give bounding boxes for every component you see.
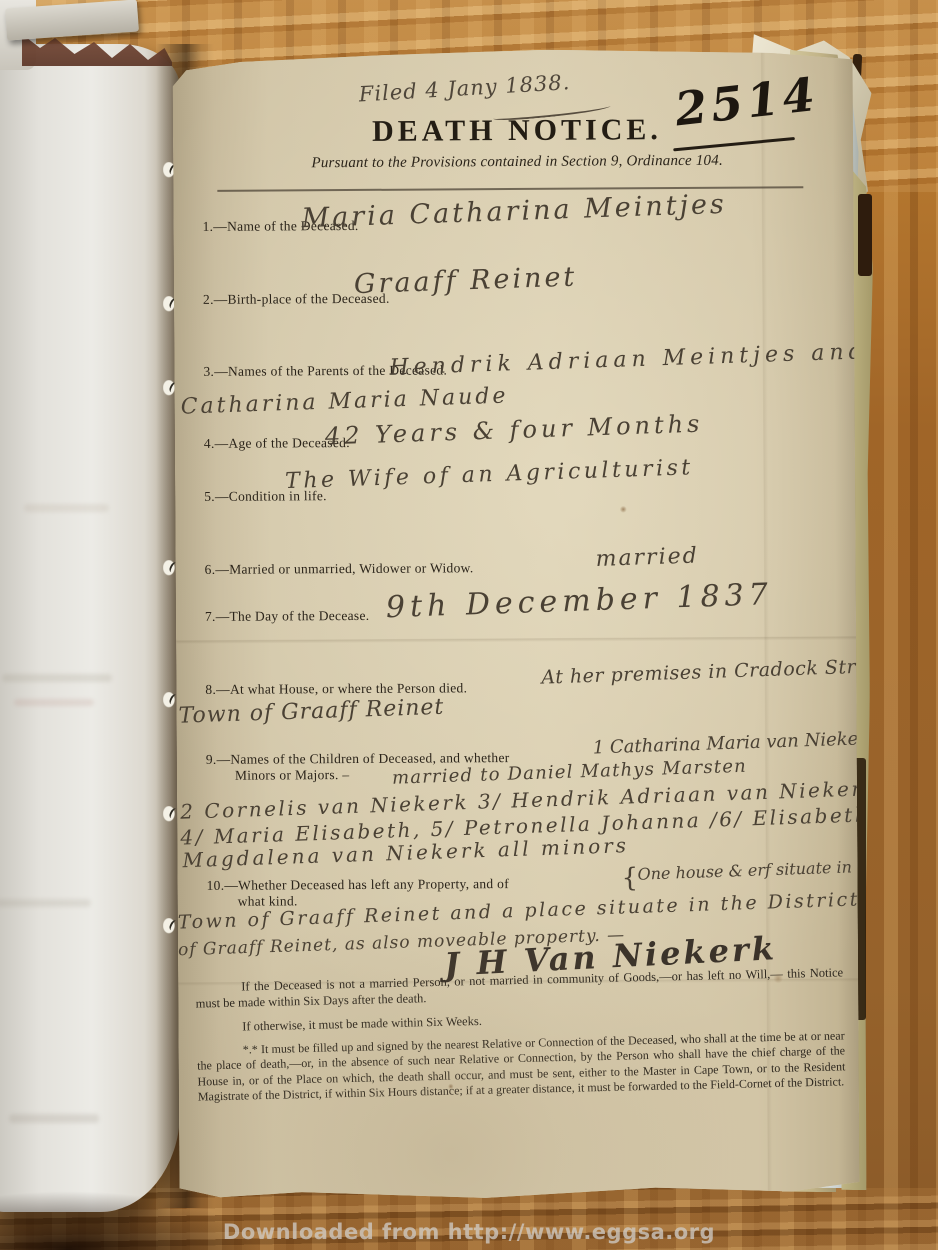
ghost-text-smudge (14, 699, 94, 706)
field-9-answer-line-1: 1 Catharina Maria van Niekerk (592, 728, 878, 759)
printed-footer: If the Deceased is not a married Person,… (195, 964, 846, 1105)
field-6-answer: married (595, 543, 699, 571)
book-left-page-block (0, 44, 180, 1212)
binding-stitch (163, 692, 176, 709)
asterism-mark: *.* (243, 1042, 258, 1056)
page-title: DEATH NOTICE. (197, 112, 837, 150)
field-10-answer-line-1: One house & erf situate in the (637, 856, 883, 883)
ghost-text-smudge (2, 674, 112, 682)
footer-paragraph-3: *.* It must be filled up and signed by t… (197, 1028, 846, 1105)
ghost-text-smudge (24, 504, 109, 512)
field-1-answer: Maria Catharina Meintjes (301, 189, 727, 234)
death-notice-page: Filed 4 Jany 1838. 2514 DEATH NOTICE. Pu… (172, 48, 859, 1202)
handwritten-brace: { (621, 863, 638, 893)
binding-dark-sliver (858, 194, 872, 276)
ghost-text-smudge (9, 1114, 99, 1123)
printed-header: DEATH NOTICE. Pursuant to the Provisions… (196, 48, 837, 192)
field-4-answer: 42 Years & four Months (324, 410, 703, 451)
field-2-answer: Graaff Reinet (353, 262, 577, 301)
footer-paragraph-3-text: It must be filled up and signed by the n… (197, 1028, 846, 1103)
field-9-label-line-2: Minors or Majors. – (235, 767, 350, 784)
field-8-answer-line-1: At her premises in Cradock Street (541, 655, 888, 689)
field-3-answer-line-2: Catharina Maria Naude (180, 383, 509, 419)
field-7-answer: 9th December 1837 (385, 577, 773, 625)
binding-stitch (163, 380, 176, 397)
field-10-label-line-1: 10.—Whether Deceased has left any Proper… (207, 876, 509, 894)
field-5-answer: The Wife of an Agriculturist (285, 455, 694, 494)
binding-stitch (163, 918, 176, 935)
eggsa-watermark: Downloaded from http://www.eggsa.org (0, 1220, 938, 1244)
field-7-label: 7.—The Day of the Decease. (205, 608, 370, 625)
footer-paragraph-1: If the Deceased is not a married Person,… (195, 964, 844, 1011)
ghost-text-smudge (0, 899, 91, 907)
field-8-answer-line-2: Town of Graaff Reinet (178, 695, 445, 729)
page-subtitle: Pursuant to the Provisions contained in … (197, 152, 837, 173)
binding-stitch (163, 560, 176, 577)
binding-stitch (163, 806, 176, 823)
field-6-label: 6.—Married or unmarried, Widower or Wido… (205, 560, 474, 578)
field-3-answer-line-1: Hendrik Adriaan Meintjes and (389, 339, 868, 380)
